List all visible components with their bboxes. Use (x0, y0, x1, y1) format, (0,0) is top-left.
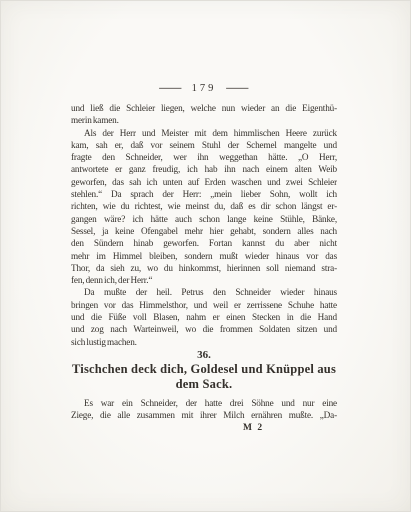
body-line: merin kamen. (71, 114, 337, 126)
tale-line: Es war ein Schneider, der hatte drei Söh… (71, 397, 337, 409)
body-line: fen, denn ich, der Herr.“ (71, 274, 337, 286)
signature-row: M 2 (71, 422, 337, 434)
book-page: — 179 — und ließ die Schleier liegen, we… (0, 0, 411, 512)
tale-text: Es war ein Schneider, der hatte drei Söh… (71, 397, 337, 422)
body-line: und die Füße voll Blasen, nahm er einen … (71, 311, 337, 323)
body-line: Da mußte der heil. Petrus den Schneider … (71, 286, 337, 298)
page-header: — 179 — (71, 83, 337, 95)
body-line: mehr im Himmel bleiben, sondern mußt wie… (71, 250, 337, 262)
story-title-line2: dem Sack. (61, 377, 347, 392)
body-line: geworfen, das sah ich unten auf Erden wa… (71, 176, 337, 188)
body-line: sich lustig machen. (71, 336, 337, 348)
body-text: und ließ die Schleier liegen, welche nun… (71, 102, 337, 348)
body-line: Thor, da sieh zu, wo du hinkommst, hieri… (71, 262, 337, 274)
body-line: den Sündern hinab geworfen. Fortan kanns… (71, 237, 337, 249)
body-line: fragte den Schneider, wer ihn weggethan … (71, 151, 337, 163)
header-dash-left: — (159, 83, 181, 95)
header-dash-right: — (227, 83, 249, 95)
body-line: kam, sah er, daß vor seinem Stuhl der Sc… (71, 139, 337, 151)
section-number: 36. (71, 349, 337, 361)
story-title-line1: Tischchen deck dich, Goldesel und Knüppe… (61, 362, 347, 377)
body-line: Als der Herr und Meister mit dem himmlis… (71, 127, 337, 139)
body-line: und zog nach Warteinweil, wo die frommen… (71, 323, 337, 335)
signature-mark: M 2 (243, 423, 264, 433)
body-line: Sessel, ja keine Ofengabel mehr hier geh… (71, 225, 337, 237)
body-line: antwortete er ganz freudig, ich hab ihn … (71, 163, 337, 175)
page-number: 179 (192, 83, 217, 95)
body-line: richten, wie du richtest, wie meinst du,… (71, 200, 337, 212)
story-title: Tischchen deck dich, Goldesel und Knüppe… (61, 362, 347, 392)
tale-line: Ziege, die alle zusammen mit ihrer Milch… (71, 409, 337, 421)
body-line: stehlen.“ Da sprach der Herr: „mein lieb… (71, 188, 337, 200)
body-line: und ließ die Schleier liegen, welche nun… (71, 102, 337, 114)
body-line: bringen vor das Himmelsthor, und weil er… (71, 299, 337, 311)
body-line: gangen wäre? ich hätte auch schon lange … (71, 213, 337, 225)
